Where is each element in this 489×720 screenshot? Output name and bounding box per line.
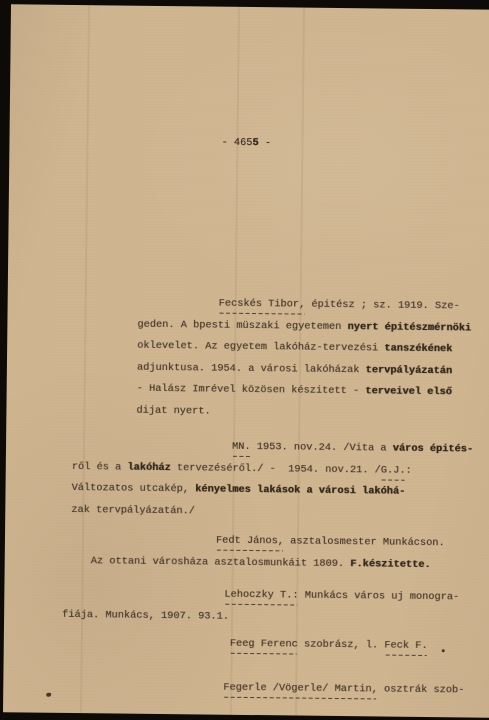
text-line: Lehoczky T.: Munkács város uj monogra- bbox=[224, 585, 484, 610]
paragraph: Lehoczky T.: Munkács város uj monogra-fi… bbox=[70, 583, 484, 631]
text-segment: tervpályázatán bbox=[365, 364, 452, 377]
text-segment: fiája. Munkács, 1907. 93.1. bbox=[62, 608, 229, 622]
text-segment: dijat nyert. bbox=[136, 405, 210, 418]
text-line: Fegerle /Vögerle/ Martin, osztrák szob- bbox=[223, 678, 483, 703]
text-segment: tanszékének bbox=[384, 343, 452, 356]
typewritten-text: Fecskés Tibor, épitész ; sz. 1919. Sze-g… bbox=[3, 4, 489, 717]
text-segment: Változatos utcakép, bbox=[71, 482, 195, 495]
text-segment: kényelmes lakások a városi lakóhá- bbox=[195, 484, 405, 498]
text-line: Feeg Ferenc szobrász, l. Feck F. bbox=[230, 634, 484, 658]
text-segment: terveivel első bbox=[365, 386, 452, 399]
paragraph: Fecskés Tibor, épitész ; sz. 1919. Sze-g… bbox=[72, 292, 487, 426]
paragraph: Fegerle /Vögerle/ Martin, osztrák szob- bbox=[69, 676, 483, 702]
underlined-text: Fecskés Tibor, bbox=[219, 298, 306, 315]
text-segment: : bbox=[405, 464, 411, 476]
underlined-text: Feck F. bbox=[384, 640, 427, 657]
text-segment: tervezéséről./ - 1954. nov.21. / bbox=[171, 462, 381, 476]
text-segment: geden. A bpesti müszaki egyetemen bbox=[137, 318, 347, 332]
text-line: Fecskés Tibor, épitész ; sz. 1919. Sze- bbox=[219, 294, 488, 319]
scanned-page: - 4655 - Fecskés Tibor, épitész ; sz. 19… bbox=[0, 0, 489, 720]
text-segment: ről és a bbox=[72, 461, 128, 474]
text-segment: város épités- bbox=[393, 443, 473, 456]
text-segment: asztalosmester Munkácson. bbox=[284, 535, 445, 549]
text-segment: zak tervpályázatán./ bbox=[71, 504, 195, 517]
paragraph: Feeg Ferenc szobrász, l. Feck F. bbox=[70, 632, 484, 658]
paragraph: Fedt János, asztalosmester Munkácson.Az … bbox=[71, 529, 485, 577]
underlined-text: Lehoczky T.: bbox=[224, 589, 298, 606]
text-segment: lakóház bbox=[127, 461, 170, 473]
underlined-text: MN. bbox=[232, 441, 251, 458]
text-segment: Munkács város uj monogra- bbox=[298, 590, 459, 604]
text-segment: Az ottani városháza asztalosmunkáit 1809… bbox=[91, 555, 351, 570]
text-segment: osztrák szob- bbox=[378, 683, 465, 696]
text-segment: adjunktusa. 1954. a városi lakóházak bbox=[137, 361, 366, 376]
text-line: dijat nyert. bbox=[136, 401, 486, 427]
underlined-text: Fegerle /Vögerle/ Martin, bbox=[223, 682, 378, 700]
underlined-text: Fedt János, bbox=[216, 535, 284, 552]
paragraph: MN. 1953. nov.24. /Vita a város épités-r… bbox=[71, 435, 486, 526]
text-segment: épitész ; sz. 1919. Sze- bbox=[305, 299, 460, 313]
text-segment: nyert épitészmérnöki bbox=[347, 321, 471, 334]
text-line: zak tervpályázatán./ bbox=[71, 500, 485, 526]
underlined-text: G.J. bbox=[381, 464, 406, 481]
text-segment: - Halász Imrével közösen készitett - bbox=[137, 383, 366, 398]
text-line: MN. 1953. nov.24. /Vita a város épités- bbox=[232, 437, 486, 461]
paper: - 4655 - Fecskés Tibor, épitész ; sz. 19… bbox=[3, 4, 489, 717]
text-segment: 1953. nov.24. /Vita a bbox=[251, 441, 393, 455]
text-segment: F.készitette. bbox=[350, 558, 430, 571]
text-line: Fedt János, asztalosmester Munkácson. bbox=[216, 531, 485, 556]
text-line: Az ottani városháza asztalosmunkáit 1809… bbox=[91, 551, 485, 577]
underlined-text: Feeg Ferenc bbox=[230, 638, 298, 655]
text-segment: szobrász, l. bbox=[298, 639, 385, 652]
text-segment: oklevelet. Az egyetem lakóház-tervezési bbox=[137, 340, 384, 355]
